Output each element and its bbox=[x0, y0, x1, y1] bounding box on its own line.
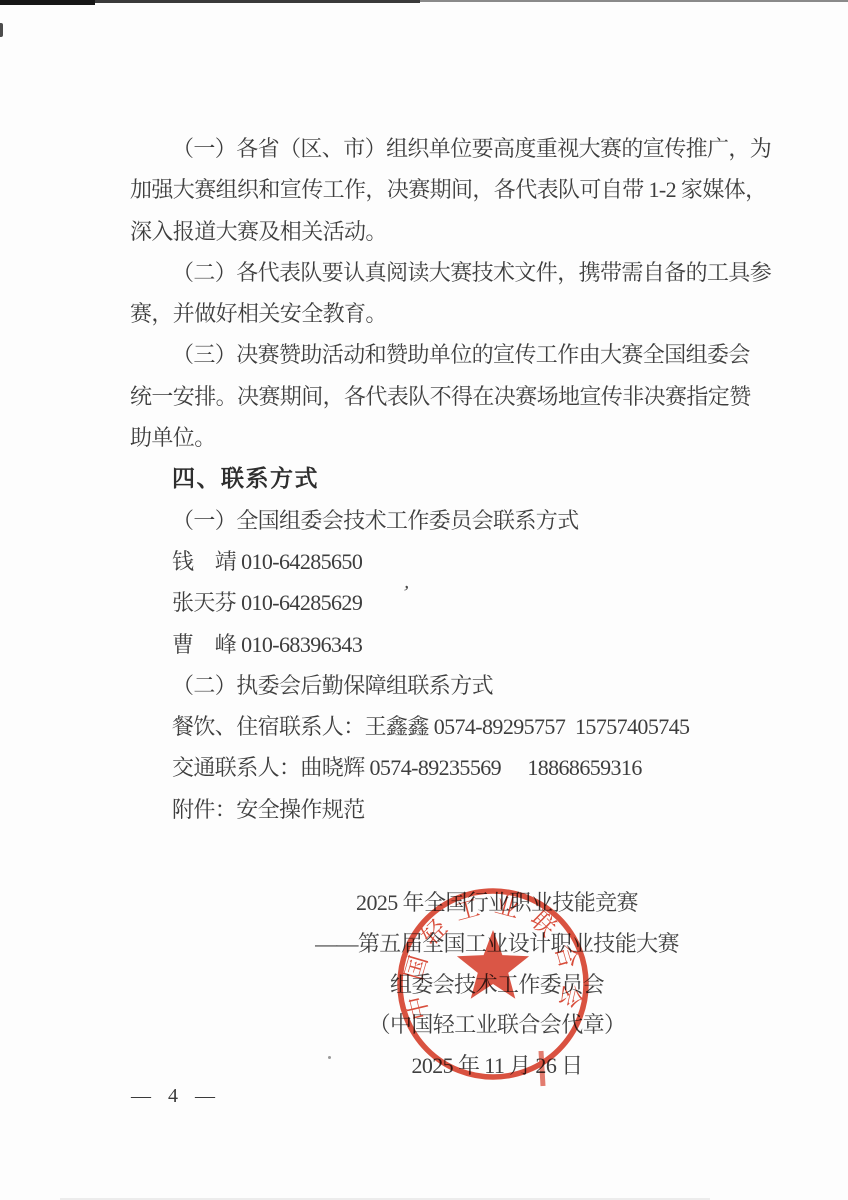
seal-ink-drip bbox=[541, 1051, 543, 1086]
body-text-line: （一）各省（区、市）组织单位要高度重视大赛的宣传推广，为 bbox=[130, 128, 755, 169]
body-text-line: 张天芬 010-64285629 bbox=[130, 582, 755, 623]
scan-left-speck bbox=[0, 23, 3, 37]
document-body: （一）各省（区、市）组织单位要高度重视大赛的宣传推广，为加强大赛组织和宣传工作，… bbox=[130, 128, 755, 830]
body-text-line: 加强大赛组织和宣传工作，决赛期间，各代表队可自带 1-2 家媒体， bbox=[130, 169, 755, 210]
body-text-line: 助单位。 bbox=[130, 417, 755, 458]
official-seal-stamp: 中国轻工业联合会 bbox=[393, 885, 595, 1097]
body-text-line: （一）全国组委会技术工作委员会联系方式 bbox=[130, 500, 755, 541]
scan-top-left-corner bbox=[0, 0, 95, 5]
body-text-line: （二）执委会后勤保障组联系方式 bbox=[130, 665, 755, 706]
body-text-line: 餐饮、住宿联系人：王鑫鑫 0574-89295757 15757405745 bbox=[130, 706, 755, 747]
body-text-line: 钱 靖 010-64285650 bbox=[130, 541, 755, 582]
body-text-line: 深入报道大赛及相关活动。 bbox=[130, 211, 755, 252]
body-text-line: 交通联系人：曲晓辉 0574-89235569 18868659316 bbox=[130, 747, 755, 788]
seal-star-icon bbox=[457, 930, 529, 999]
body-text-line: 曹 峰 010-68396343 bbox=[130, 624, 755, 665]
body-text-line: 统一安排。决赛期间，各代表队不得在决赛场地宣传非决赛指定赞 bbox=[130, 376, 755, 417]
body-text-line: 赛，并做好相关安全教育。 bbox=[130, 293, 755, 334]
body-text-line: （二）各代表队要认真阅读大赛技术文件，携带需自备的工具参 bbox=[130, 252, 755, 293]
document-page: （一）各省（区、市）组织单位要高度重视大赛的宣传推广，为加强大赛组织和宣传工作，… bbox=[0, 0, 848, 1200]
body-text-line: 附件：安全操作规范 bbox=[130, 789, 755, 830]
body-text-line: 四、联系方式 bbox=[130, 458, 755, 499]
body-text-line: （三）决赛赞助活动和赞助单位的宣传工作由大赛全国组委会 bbox=[130, 334, 755, 375]
page-number: — 4 — bbox=[131, 1085, 221, 1108]
